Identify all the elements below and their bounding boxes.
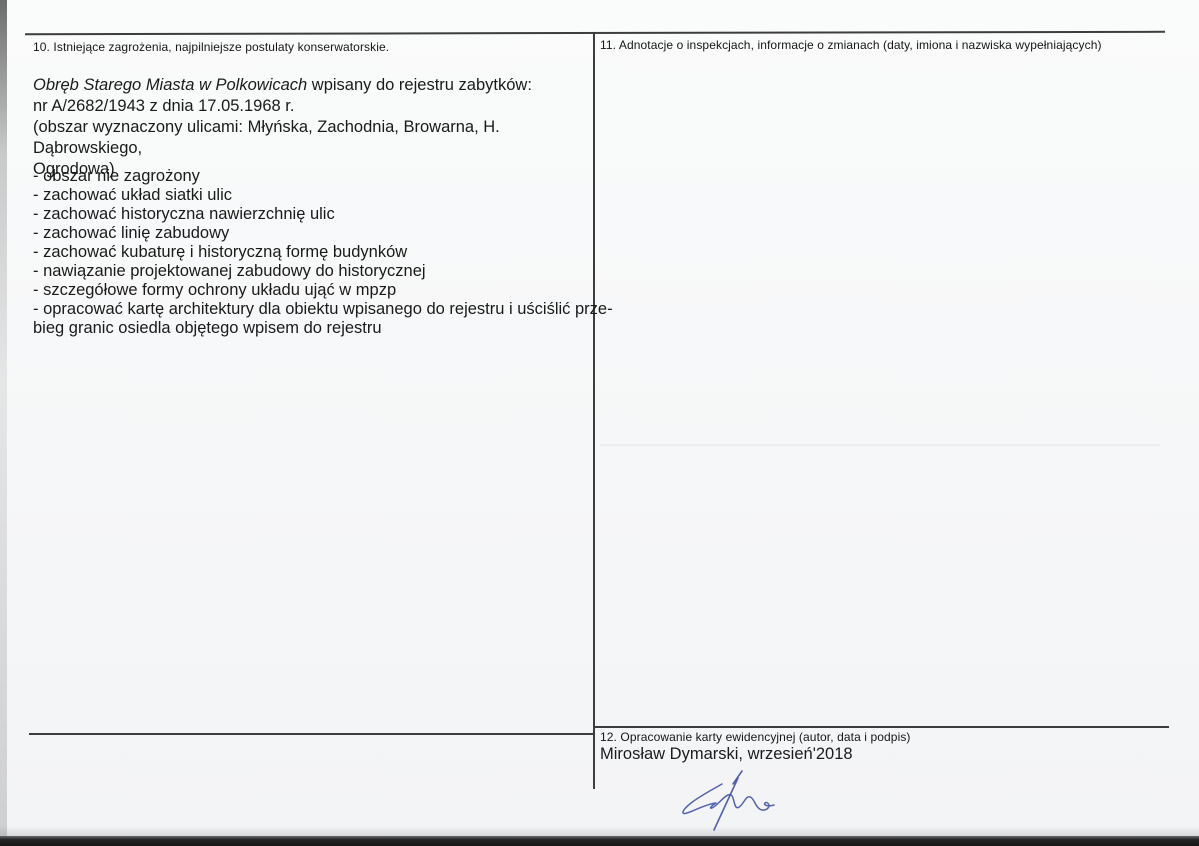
scanner-streak [600,444,1160,446]
postulate-line: - zachować historyczna nawierzchnię ulic [33,205,613,224]
scan-strip-bottom [0,836,1199,846]
register-number-line: nr A/2682/1943 z dnia 17.05.1968 r. [33,96,598,117]
scan-shadow-bottom [0,826,1199,836]
section12-header: 12. Opracowanie karty ewidencyjnej (auto… [600,730,911,744]
register-note-line1: Obręb Starego Miasta w Polkowicach wpisa… [33,75,598,96]
section11-bottom-rule [593,726,1169,728]
top-rule [25,31,1165,35]
postulate-line: - szczegółowe formy ochrony układu ująć … [33,281,613,300]
postulate-line-continuation: bieg granic osiedla objętego wpisem do r… [33,319,613,338]
section10-header: 10. Istniejące zagrożenia, najpilniejsze… [33,40,389,54]
handwritten-signature [664,767,788,839]
boundary-streets-line: (obszar wyznaczony ulicami: Młyńska, Zac… [33,117,598,159]
postulate-line: - zachować układ siatki ulic [33,186,613,205]
author-and-date: Mirosław Dymarski, wrzesień'2018 [600,745,853,764]
postulate-line: - opracować kartę architektury dla obiek… [33,300,613,319]
section11-header: 11. Adnotacje o inspekcjach, informacje … [600,38,1102,52]
site-name-italic: Obręb Starego Miasta w Polkowicach [33,76,307,94]
section10-postulates-list: - obszar nie zagrożony - zachować układ … [33,167,613,338]
scan-edge-left [0,0,7,846]
postulate-line: - zachować kubaturę i historyczną formę … [33,243,613,262]
signature-stroke-diagonal [714,771,742,830]
section10-register-note: Obręb Starego Miasta w Polkowicach wpisa… [33,75,598,180]
register-note-line1-rest: wpisany do rejestru zabytków: [307,76,532,94]
postulate-line: - zachować linię zabudowy [33,224,613,243]
postulate-line: - obszar nie zagrożony [33,167,613,186]
section10-bottom-rule [29,733,594,735]
postulate-line: - nawiązanie projektowanej zabudowy do h… [33,262,613,281]
